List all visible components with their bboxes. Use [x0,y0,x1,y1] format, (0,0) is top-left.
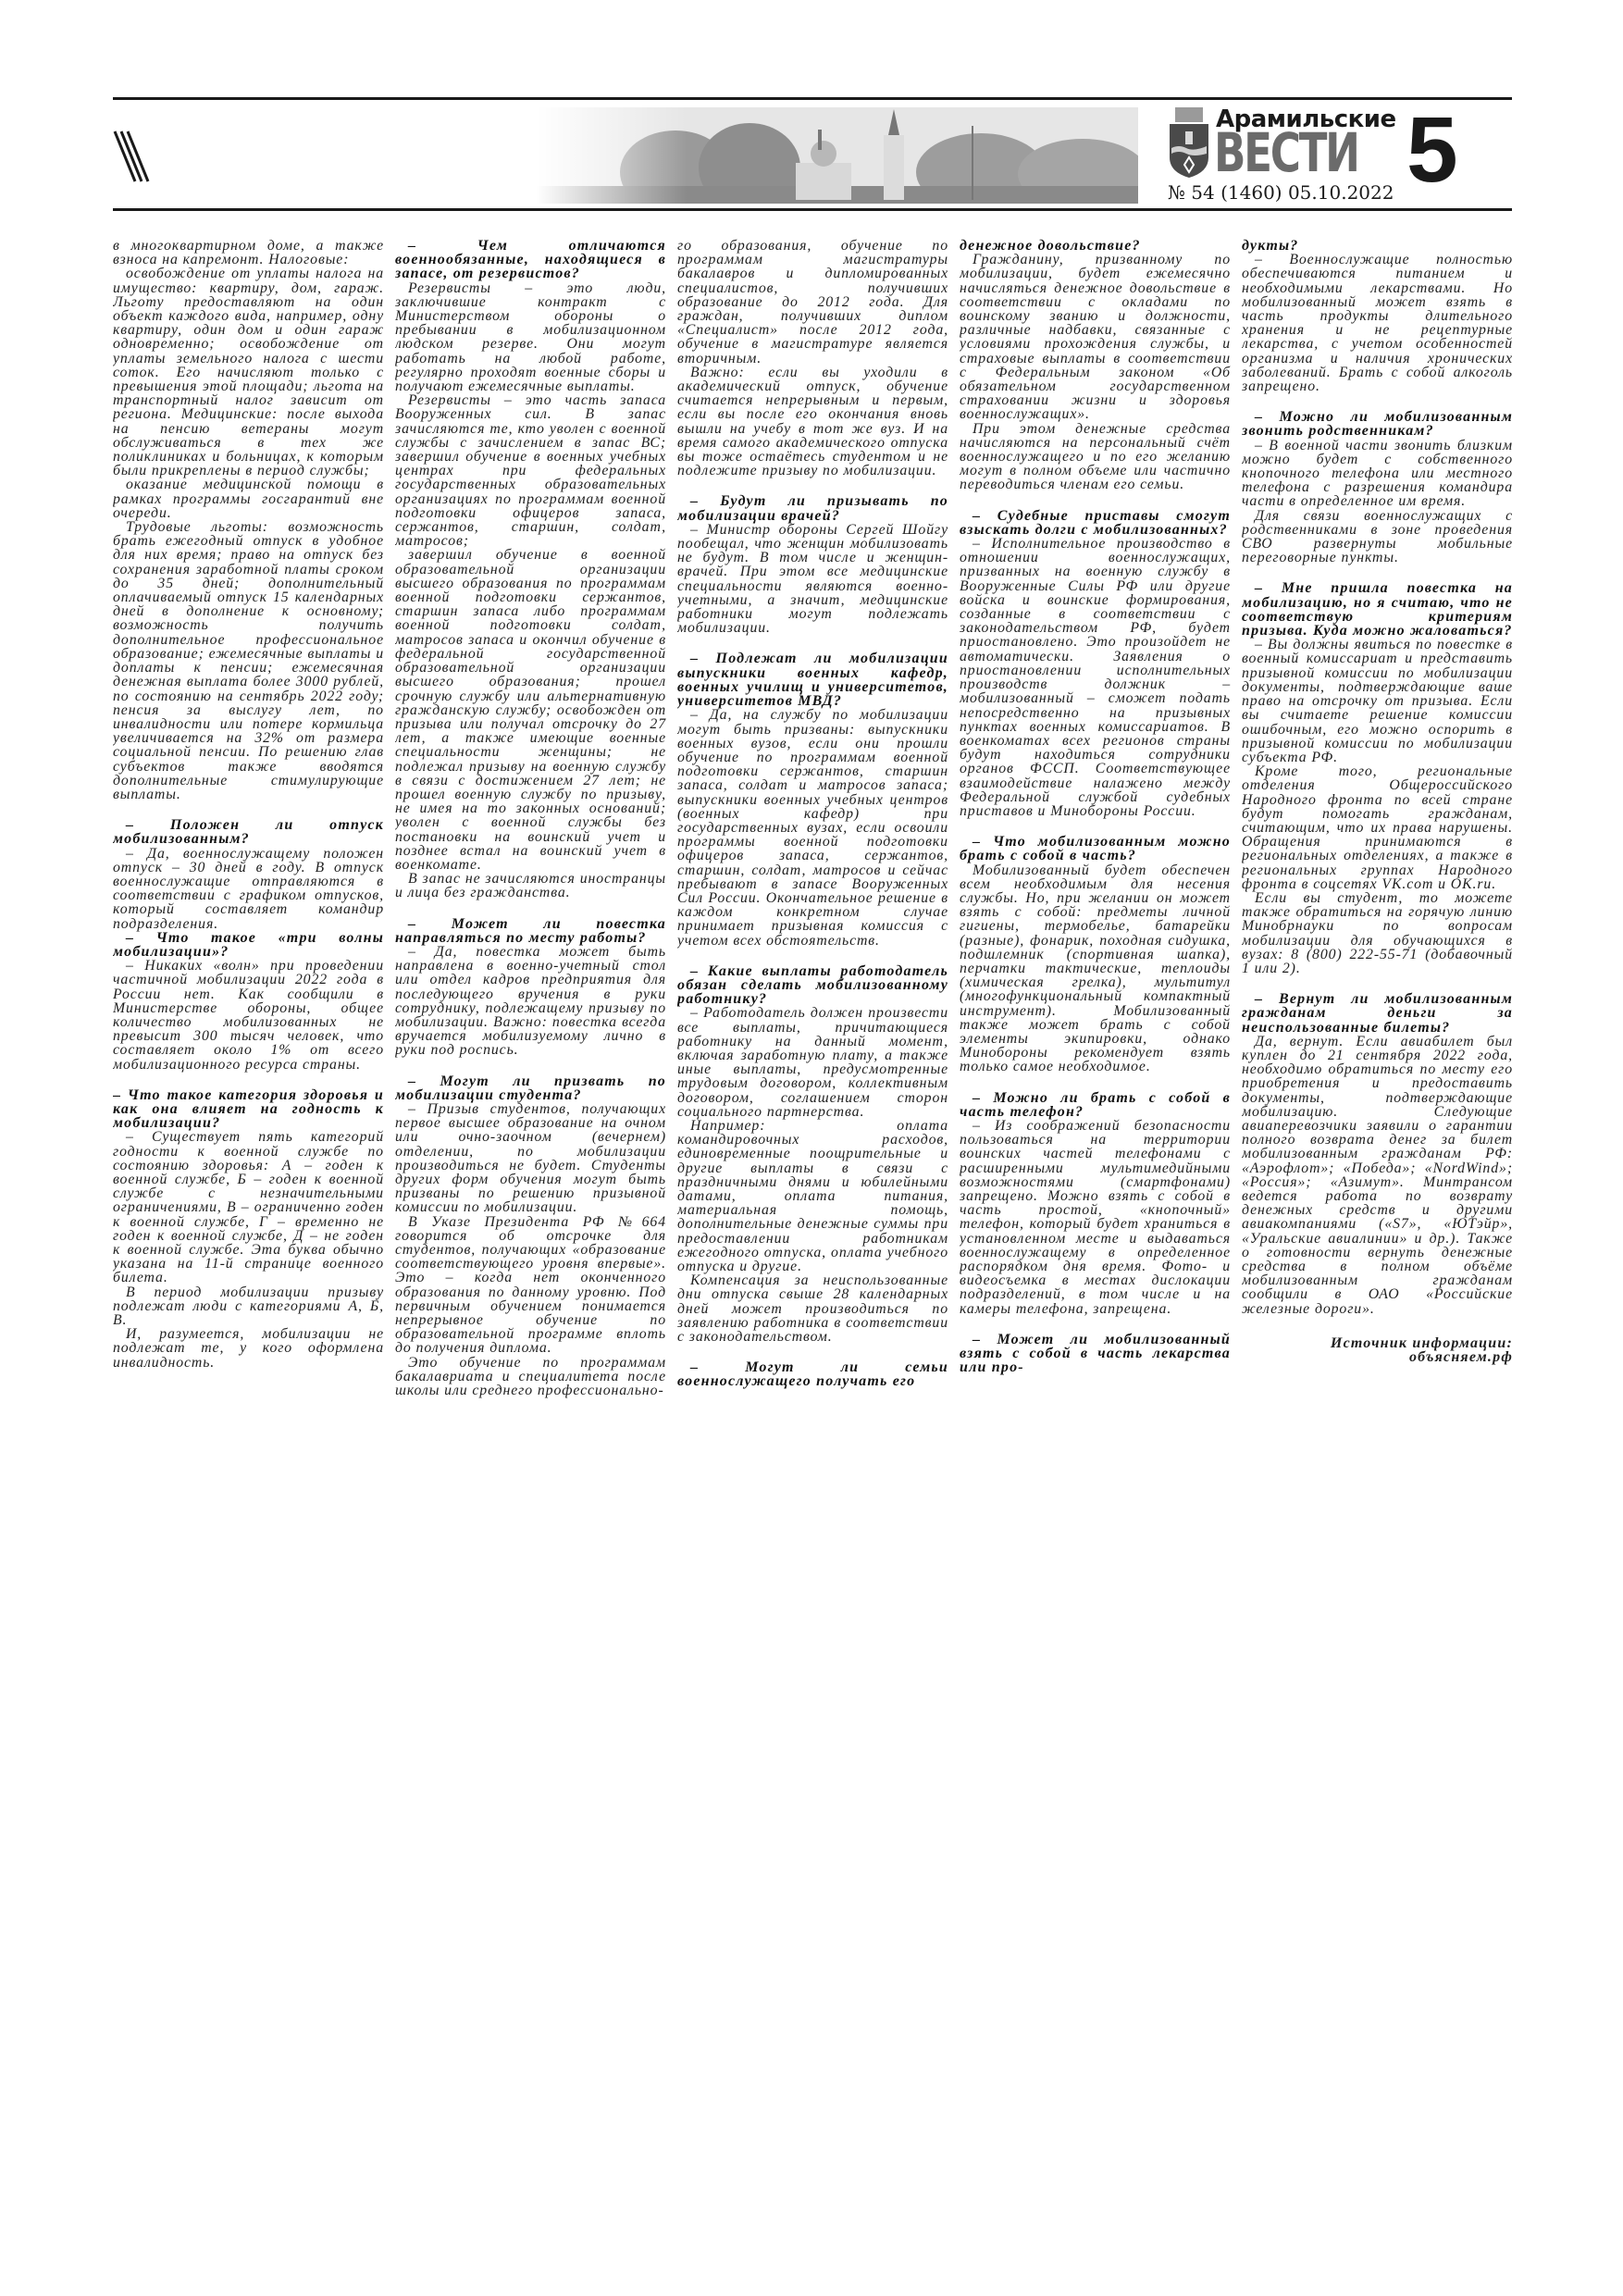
column-2: – Чем отличаются военнообязанные, находя… [395,239,666,2201]
paragraph-gap [395,1058,666,1074]
question-heading: – Будут ли призывать по мобилизации врач… [677,494,948,522]
question-heading: – Какие выплаты работодатель обязан сдел… [677,964,948,1007]
answer-paragraph: – Военнослужащие полностью обеспечиваютс… [1242,253,1513,393]
answer-paragraph: В запас не зачисляются иностранцы и лица… [395,872,666,900]
question-heading: – Подлежат ли мобилизации выпускники вое… [677,652,948,708]
question-heading: – Что такое категория здоровья и как она… [113,1088,384,1131]
paragraph-gap [113,1072,384,1088]
answer-paragraph: завершил обучение в военной образователь… [395,548,666,872]
question-heading: – Судебные приставы смогут взыскать долг… [960,509,1231,537]
answer-paragraph: – Существует пять категорий годности к в… [113,1130,384,1285]
answer-paragraph: – Министр обороны Сергей Шойгу пообещал,… [677,523,948,636]
answer-paragraph: освобождение от уплаты налога на имущест… [113,267,384,478]
answer-paragraph: Например: оплата командировочных расходо… [677,1119,948,1273]
paragraph-gap [1242,975,1513,992]
answer-paragraph: Мобилизованный будет обеспечен всем необ… [960,863,1231,1074]
answer-paragraph: Резервисты – это люди, заключившие контр… [395,281,666,394]
source-credit: Источник информации: объясняем.рф [1242,1336,1513,1364]
answer-paragraph: Для связи военнослужащих с родственникам… [1242,509,1513,565]
answer-paragraph: – Да, на службу по мобилизации могут быт… [677,708,948,947]
column-5: дукты?– Военнослужащие полностью обеспеч… [1242,239,1513,2201]
answer-paragraph: Трудовые льготы: возможность брать ежего… [113,520,384,801]
answer-paragraph: Если вы студент, то можете также обратит… [1242,891,1513,975]
paragraph-gap [960,1316,1231,1333]
question-heading: – Может ли мобилизованный взять с собой … [960,1333,1231,1375]
answer-paragraph: – Да, военнослужащему положен отпуск – 3… [113,847,384,931]
answer-paragraph: оказание медицинской помощи в рамках про… [113,478,384,520]
header-rule-top [113,97,1512,100]
answer-paragraph: – В военной части звонить близким можно … [1242,439,1513,509]
answer-paragraph: – Исполнительное производство в отношени… [960,537,1231,818]
answer-paragraph: – Никаких «волн» при проведении частично… [113,959,384,1072]
column-4: денежное довольствие?Гражданину, призван… [960,239,1231,2201]
answer-paragraph: го образования, обучение по программам м… [677,239,948,366]
triple-slash-decoration-icon [113,130,150,185]
paragraph-gap [677,478,948,494]
paragraph-gap [960,492,1231,509]
answer-paragraph: В Указе Президента РФ №664 говорится об … [395,1215,666,1356]
answer-paragraph: Резервисты – это часть запаса Вооруженны… [395,393,666,548]
paragraph-gap [960,818,1231,835]
issue-info: № 54 (1460) 05.10.2022 [1168,181,1394,204]
answer-paragraph: И, разумеется, мобилизации не подлежат т… [113,1327,384,1370]
paragraph-gap [1242,565,1513,581]
question-heading: – Мне пришла повестка на мобилизацию, но… [1242,581,1513,638]
answer-paragraph: – Из соображений безопасности пользовать… [960,1119,1231,1316]
answer-paragraph: – Работодатель должен произвести все вып… [677,1006,948,1119]
paragraph-gap [677,635,948,652]
column-1: в многоквартирном доме, а также взноса н… [113,239,384,2201]
paragraph-gap [395,900,666,917]
question-heading: – Что мобилизованным можно брать с собой… [960,835,1231,863]
answer-paragraph: – Призыв студентов, получающих первое вы… [395,1102,666,1215]
answer-paragraph: – Вы должны явиться по повестке в военны… [1242,638,1513,764]
masthead: Арамильские ВЕСТИ № 54 (1460) 05.10.2022 [1168,102,1512,205]
answer-paragraph: Важно: если вы уходили в академический о… [677,366,948,478]
newspaper-page: Арамильские ВЕСТИ № 54 (1460) 05.10.2022… [0,0,1623,2296]
answer-paragraph: Гражданину, призванному по мобилизации, … [960,253,1231,421]
brand-main-label: ВЕСТИ [1214,126,1358,180]
answer-paragraph: В период мобилизации призыву подлежат лю… [113,1285,384,1328]
coat-of-arms-icon [1168,105,1210,180]
question-heading: – Можно ли брать с собой в часть телефон… [960,1091,1231,1119]
question-heading: дукты? [1242,239,1513,253]
question-heading: – Вернут ли мобилизованным гражданам ден… [1242,992,1513,1035]
header-rule-bottom [113,208,1512,211]
page-number: 5 [1406,104,1458,196]
paragraph-gap [677,1344,948,1360]
answer-paragraph: Кроме того, региональные отделения Общер… [1242,764,1513,891]
answer-paragraph: – Да, повестка может быть направлена в в… [395,945,666,1058]
question-heading: – Могут ли призвать по мобилизации студе… [395,1074,666,1102]
question-heading: денежное довольствие? [960,239,1231,253]
article-columns: в многоквартирном доме, а также взноса н… [113,239,1512,2201]
answer-paragraph: в многоквартирном доме, а также взноса н… [113,239,384,267]
question-heading: – Могут ли семьи военнослужащего получат… [677,1360,948,1388]
paragraph-gap [1242,393,1513,410]
answer-paragraph: При этом денежные средства начисляются н… [960,422,1231,492]
answer-paragraph: Это обучение по программам бакалавриата … [395,1356,666,1398]
paragraph-gap [113,801,384,818]
column-3: го образования, обучение по программам м… [677,239,948,2201]
church-photo-banner [537,107,1138,204]
question-heading: – Может ли повестка направляться по мест… [395,917,666,945]
question-heading: – Можно ли мобилизованным звонить родств… [1242,410,1513,438]
paragraph-gap [677,948,948,964]
question-heading: – Что такое «три волны мобилизации»? [113,931,384,959]
answer-paragraph: Компенсация за неиспользованные дни отпу… [677,1273,948,1344]
answer-paragraph: Да, вернут. Если авиабилет был куплен до… [1242,1035,1513,1316]
question-heading: – Положен ли отпуск мобилизованным? [113,818,384,846]
paragraph-gap [960,1074,1231,1091]
question-heading: – Чем отличаются военнообязанные, находя… [395,239,666,281]
